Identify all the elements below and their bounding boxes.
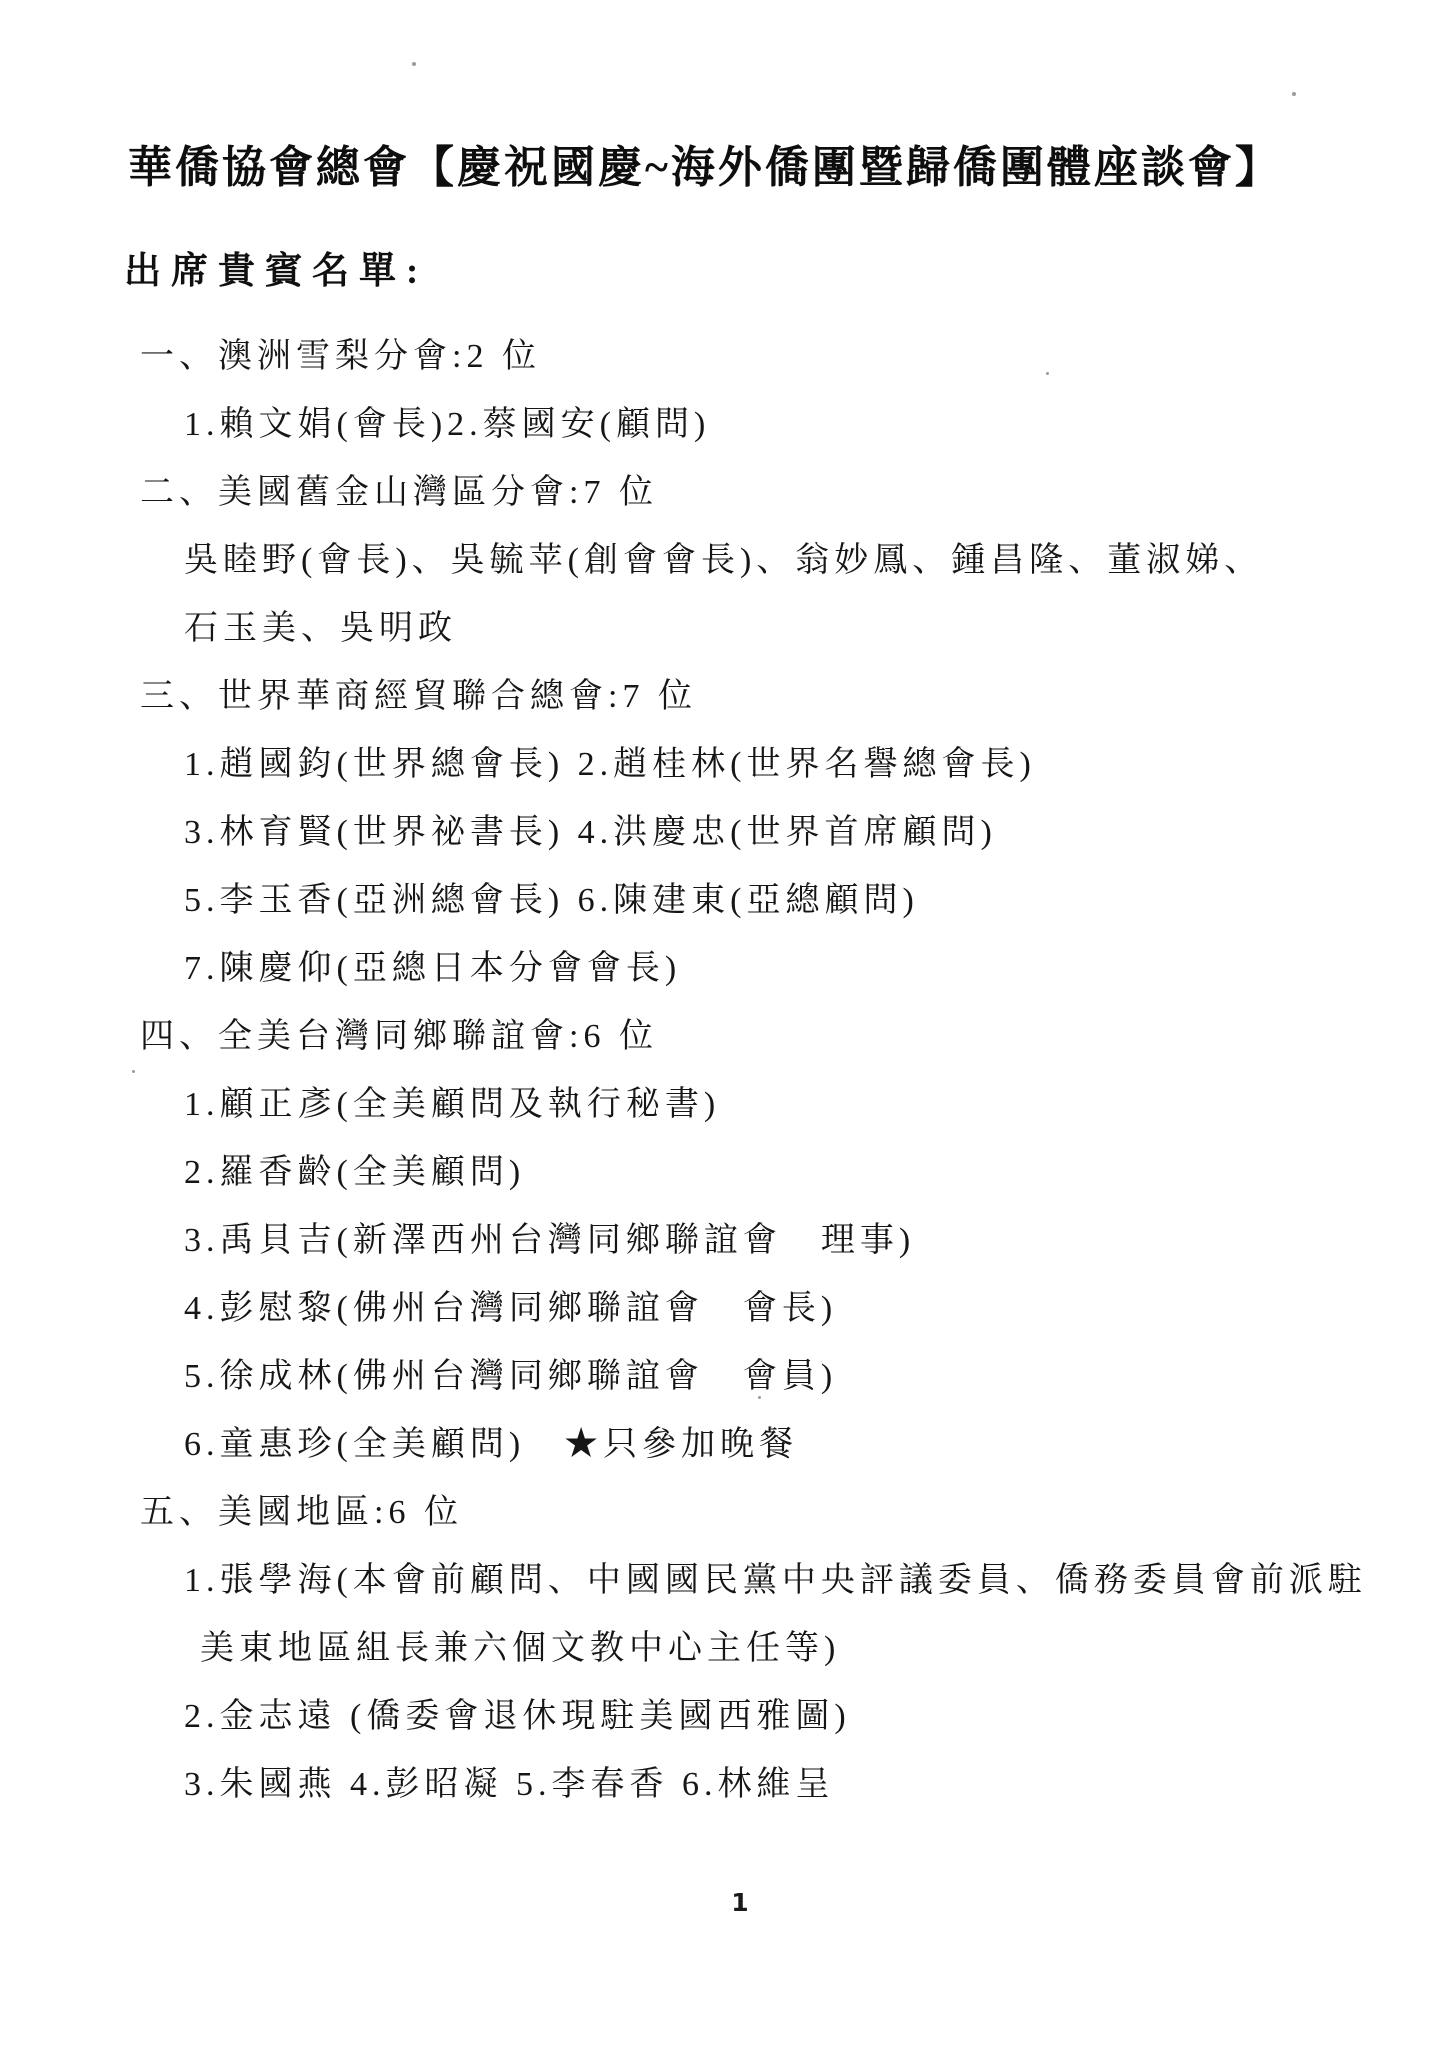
scanned-document-page: 華僑協會總會【慶祝國慶~海外僑團暨歸僑團體座談會】 出席貴賓名單: 一、澳洲雪梨… [0, 0, 1440, 2054]
page-number: 1 [700, 1888, 780, 1917]
guest-list-heading: 出席貴賓名單: [124, 240, 428, 294]
attendee-line: 2.金志遠 (僑委會退休現駐美國西雅圖) [184, 1688, 851, 1737]
scan-speck [132, 1070, 135, 1073]
section-3-header: 三、世界華商經貿聯合總會:7 位 [140, 668, 697, 717]
attendee-line: 3.禹貝吉(新澤西州台灣同鄉聯誼會 理事) [184, 1212, 915, 1261]
scan-speck [758, 1396, 761, 1399]
attendee-line: 5.徐成林(佛州台灣同鄉聯誼會 會員) [184, 1348, 837, 1397]
attendee-line-continuation: 美東地區組長兼六個文教中心主任等) [200, 1620, 840, 1669]
attendee-line: 2.羅香齡(全美顧問) [184, 1144, 525, 1193]
section-1-header: 一、澳洲雪梨分會:2 位 [140, 328, 541, 377]
section-2-header: 二、美國舊金山灣區分會:7 位 [140, 464, 658, 513]
attendee-line: 4.彭慰黎(佛州台灣同鄉聯誼會 會長) [184, 1280, 837, 1329]
attendee-line: 1.顧正彥(全美顧問及執行秘書) [184, 1076, 720, 1125]
attendee-line: 7.陳慶仰(亞總日本分會會長) [184, 940, 681, 989]
attendee-line: 1.賴文娟(會長)2.蔡國安(顧問) [184, 396, 710, 445]
attendee-line: 3.林育賢(世界祕書長) 4.洪慶忠(世界首席顧問) [184, 804, 997, 853]
attendee-line: 1.張學海(本會前顧問、中國國民黨中央評議委員、僑務委員會前派駐 [184, 1552, 1367, 1601]
section-4-header: 四、全美台灣同鄉聯誼會:6 位 [140, 1008, 658, 1057]
attendee-line: 1.趙國鈞(世界總會長) 2.趙桂林(世界名譽總會長) [184, 736, 1036, 785]
scan-speck [1046, 372, 1049, 375]
attendee-line: 吳睦野(會長)、吳毓苹(創會會長)、翁妙鳳、鍾昌隆、董淑娣、 [184, 532, 1263, 581]
document-title: 華僑協會總會【慶祝國慶~海外僑團暨歸僑團體座談會】 [128, 131, 1282, 195]
attendee-line: 6.童惠珍(全美顧問) ★只參加晚餐 [184, 1416, 798, 1465]
section-5-header: 五、美國地區:6 位 [140, 1484, 463, 1533]
attendee-line: 石玉美、吳明政 [184, 600, 457, 649]
attendee-line: 3.朱國燕 4.彭昭凝 5.李春香 6.林維呈 [184, 1756, 835, 1805]
attendee-line: 5.李玉香(亞洲總會長) 6.陳建東(亞總顧問) [184, 872, 919, 921]
scan-speck [1292, 92, 1296, 96]
scan-speck [412, 62, 416, 66]
